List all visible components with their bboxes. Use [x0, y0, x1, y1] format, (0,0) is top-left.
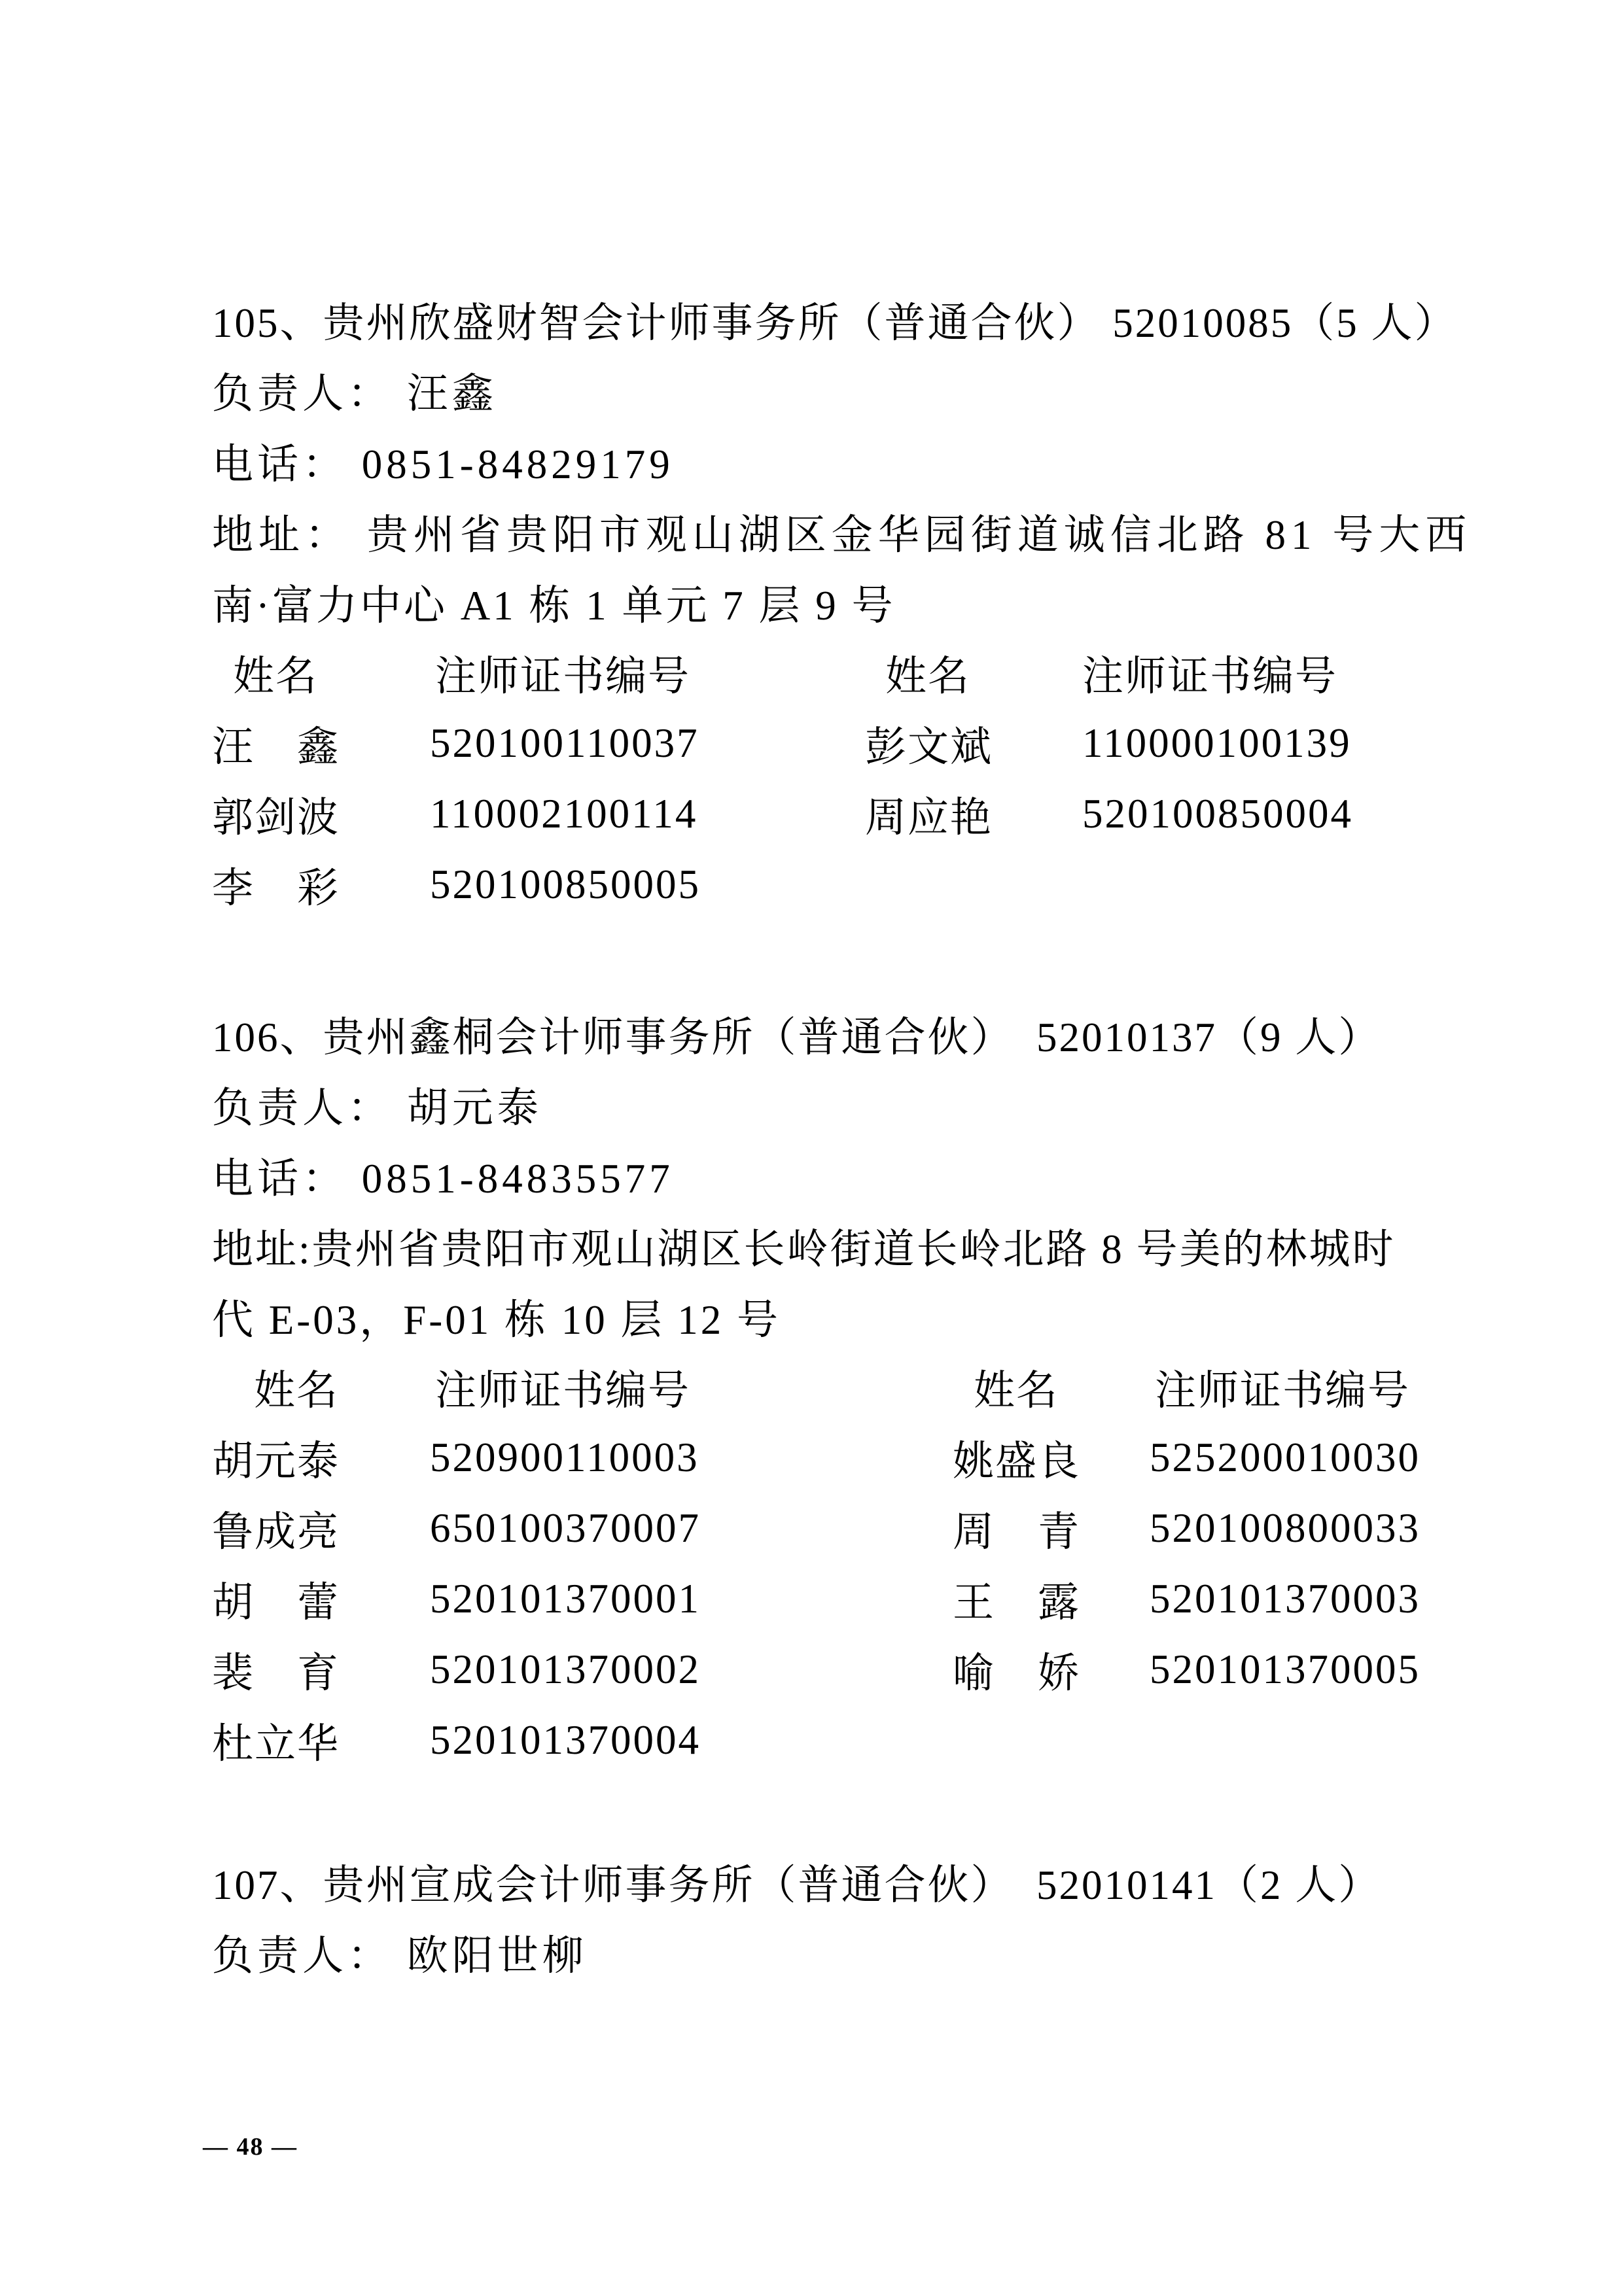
firm-105-address-line1: 地址： 贵州省贵阳市观山湖区金华园街道诚信北路 81 号大西 [212, 496, 1468, 566]
firm-106-manager: 负责人： 胡元泰 [212, 1069, 1468, 1139]
member-cert: 520101370003 [1150, 1563, 1421, 1634]
member-cert: 520101370005 [1150, 1634, 1421, 1705]
firm-107-manager: 负责人： 欧阳世柳 [212, 1917, 1468, 1987]
member-name: 喻 娇 [953, 1634, 1080, 1705]
member-cert: 110002100114 [430, 778, 697, 849]
firm-105-member-table: 姓名 注师证书编号 姓名 注师证书编号 汪 鑫 520100110037 彭文斌… [212, 637, 1468, 920]
table-header-row: 姓名 注师证书编号 姓名 注师证书编号 [212, 637, 1468, 708]
member-name: 李 彩 [212, 849, 340, 920]
table-row: 郭剑波 110002100114 周应艳 520100850004 [212, 778, 1468, 849]
member-cert: 520100850004 [1082, 778, 1353, 849]
section-spacer [212, 1775, 1468, 1846]
member-name: 王 露 [953, 1563, 1080, 1634]
table-header-row: 姓名 注师证书编号 姓名 注师证书编号 [212, 1351, 1468, 1422]
table-row: 李 彩 520100850005 [212, 849, 1468, 920]
table-row: 杜立华 520101370004 [212, 1705, 1468, 1775]
column-header-name: 姓名 [885, 637, 970, 708]
firm-105-manager: 负责人： 汪鑫 [212, 355, 1468, 425]
firm-106-address-line1: 地址:贵州省贵阳市观山湖区长岭街道长岭北路 8 号美的林城时 [212, 1210, 1468, 1281]
member-name: 彭文斌 [865, 708, 993, 778]
member-name: 杜立华 [212, 1705, 340, 1775]
firm-106-address-line2: 代 E-03，F-01 栋 10 层 12 号 [212, 1281, 1468, 1351]
member-cert: 520101370001 [430, 1563, 701, 1634]
member-name: 姚盛良 [953, 1422, 1080, 1493]
table-row: 裴 育 520101370002 喻 娇 520101370005 [212, 1634, 1468, 1705]
firm-106-header: 106、贵州鑫桐会计师事务所（普通合伙） 52010137（9 人） [212, 998, 1468, 1069]
firm-106-member-table: 姓名 注师证书编号 姓名 注师证书编号 胡元泰 520900110003 姚盛良… [212, 1351, 1468, 1775]
column-header-name: 姓名 [974, 1351, 1059, 1422]
member-cert: 520900110003 [430, 1422, 699, 1493]
member-name: 周应艳 [865, 778, 993, 849]
page-content: 105、贵州欣盛财智会计师事务所（普通合伙） 52010085（5 人） 负责人… [212, 284, 1468, 1987]
member-name: 胡 蕾 [212, 1563, 340, 1634]
firm-107-header: 107、贵州宣成会计师事务所（普通合伙） 52010141（2 人） [212, 1846, 1468, 1917]
firm-105-header: 105、贵州欣盛财智会计师事务所（普通合伙） 52010085（5 人） [212, 284, 1468, 355]
member-name: 鲁成亮 [212, 1493, 340, 1563]
member-name: 郭剑波 [212, 778, 340, 849]
column-header-name: 姓名 [233, 637, 318, 708]
member-cert: 520100110037 [430, 708, 699, 778]
member-cert: 525200010030 [1150, 1422, 1421, 1493]
firm-105-phone: 电话： 0851-84829179 [212, 425, 1468, 496]
document-page: 105、贵州欣盛财智会计师事务所（普通合伙） 52010085（5 人） 负责人… [0, 0, 1624, 2296]
table-row: 胡 蕾 520101370001 王 露 520101370003 [212, 1563, 1468, 1634]
column-header-cert: 注师证书编号 [435, 637, 690, 708]
member-cert: 520101370004 [430, 1705, 701, 1775]
column-header-name: 姓名 [254, 1351, 339, 1422]
member-cert: 520100800033 [1150, 1493, 1421, 1563]
table-row: 汪 鑫 520100110037 彭文斌 110000100139 [212, 708, 1468, 778]
column-header-cert: 注师证书编号 [1082, 637, 1337, 708]
member-name: 胡元泰 [212, 1422, 340, 1493]
page-number: — 48 — [203, 2130, 298, 2164]
firm-105-address-line2: 南·富力中心 A1 栋 1 单元 7 层 9 号 [212, 566, 1468, 637]
member-name: 周 青 [953, 1493, 1080, 1563]
section-spacer [212, 920, 1468, 998]
table-row: 胡元泰 520900110003 姚盛良 525200010030 [212, 1422, 1468, 1493]
member-cert: 520100850005 [430, 849, 701, 920]
firm-106-phone: 电话： 0851-84835577 [212, 1139, 1468, 1210]
member-cert: 520101370002 [430, 1634, 701, 1705]
column-header-cert: 注师证书编号 [1155, 1351, 1410, 1422]
column-header-cert: 注师证书编号 [435, 1351, 690, 1422]
member-name: 汪 鑫 [212, 708, 340, 778]
member-cert: 110000100139 [1082, 708, 1352, 778]
member-name: 裴 育 [212, 1634, 340, 1705]
member-cert: 650100370007 [430, 1493, 701, 1563]
table-row: 鲁成亮 650100370007 周 青 520100800033 [212, 1493, 1468, 1563]
